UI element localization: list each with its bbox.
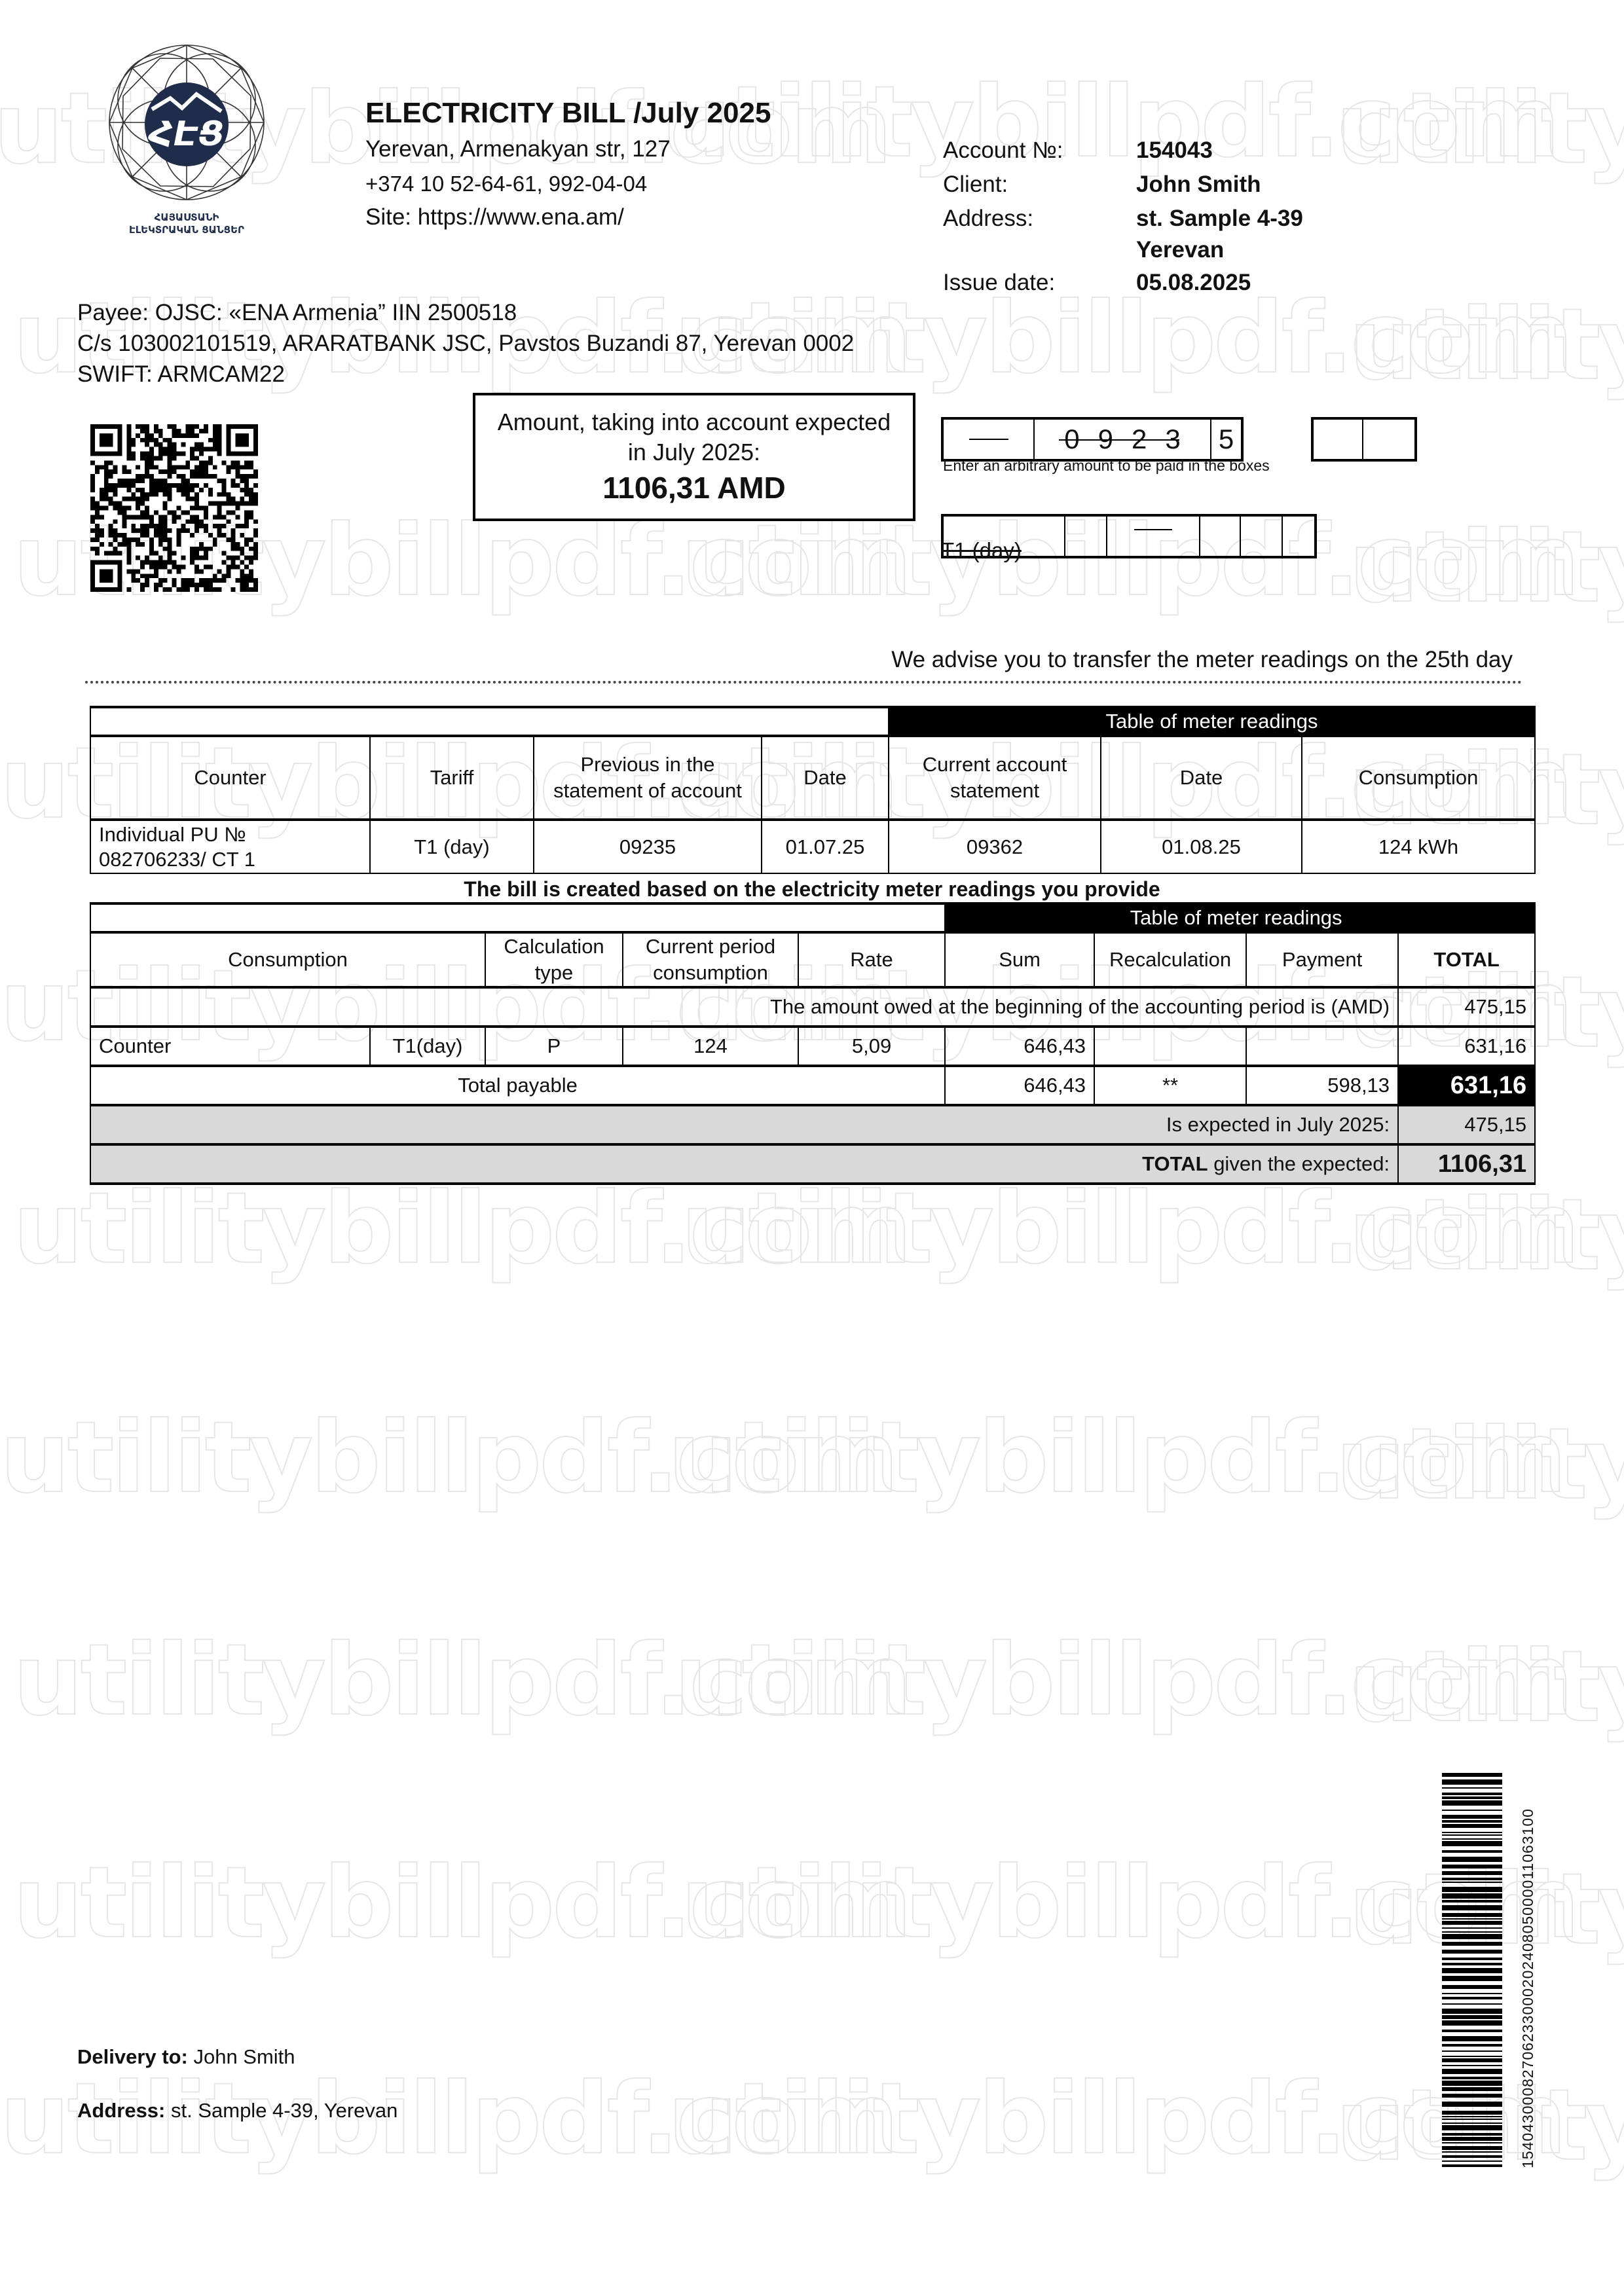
client-label: Client: (943, 172, 1008, 198)
swift-line: SWIFT: ARMCAM22 (77, 361, 285, 388)
address-value-line2: Yerevan (1136, 237, 1224, 263)
delivery-address-value: st. Sample 4-39, Yerevan (165, 2099, 397, 2122)
cell-tariff: T1 (day) (370, 820, 534, 873)
amount-due-box: Amount, taking into account expected in … (473, 393, 915, 521)
cell-recalculation (1094, 1027, 1246, 1066)
opening-balance-label: The amount owed at the beginning of the … (90, 987, 1398, 1027)
digit-cell[interactable] (1107, 517, 1200, 556)
col-header-date: Date (1101, 736, 1302, 820)
advise-note: We advise you to transfer the meter read… (891, 647, 1513, 673)
col-header-consumption: Consumption (1302, 736, 1535, 820)
grand-total-value: 1106,31 (1398, 1144, 1535, 1184)
total-payable-recalculation: ** (1094, 1066, 1246, 1105)
cell-tariff: T1(day) (370, 1027, 485, 1066)
amount-due-value: 1106,31 AMD (475, 470, 913, 505)
cell-counter: Individual PU № 082706233/ CT 1 (90, 820, 370, 873)
col-header-rate: Rate (798, 932, 945, 987)
client-value: John Smith (1136, 172, 1261, 198)
cell-consumption: 124 (623, 1027, 798, 1066)
table-banner: Table of meter readings (945, 903, 1535, 932)
payment-digit-boxes[interactable]: 0923 5 (941, 417, 1244, 462)
delivery-to: Delivery to: John Smith (77, 2045, 295, 2069)
account-number-value: 154043 (1136, 137, 1213, 164)
decimal-digit-boxes[interactable] (1311, 417, 1417, 462)
cell-rate: 5,09 (798, 1027, 945, 1066)
company-address: Yerevan, Armenakyan str, 127 (365, 136, 671, 162)
digit-cell[interactable]: 0923 (1035, 420, 1211, 459)
digit-cell[interactable] (1241, 517, 1283, 556)
col-header-current: Current account statement (889, 736, 1101, 820)
counter-id-line1: Individual PU № (99, 822, 361, 847)
digit-cell[interactable] (1065, 517, 1107, 556)
enter-amount-note: Enter an arbitrary amount to be paid in … (943, 457, 1270, 475)
digit-cell[interactable]: 5 (1211, 420, 1241, 459)
cell-payment (1246, 1027, 1398, 1066)
total-payable-sum: 646,43 (945, 1066, 1094, 1105)
qr-code-icon (90, 424, 258, 592)
total-payable-label: Total payable (90, 1066, 945, 1105)
grand-total-row: TOTAL given the expected: 1106,31 (90, 1144, 1535, 1184)
expected-row: Is expected in July 2025: 475,15 (90, 1105, 1535, 1144)
delivery-address-label: Address: (77, 2099, 165, 2122)
grand-total-label-rest: given the expected: (1208, 1152, 1390, 1175)
digit-cell[interactable] (1200, 517, 1241, 556)
bill-page: ՀԷՑ ՀԱՅԱՍՏԱՆԻ ԷԼԵԿՏՐԱԿԱՆ ՑԱՆՑԵՐ ELECTRIC… (0, 0, 1624, 2296)
total-payable-total: 631,16 (1398, 1066, 1535, 1105)
cell-total: 631,16 (1398, 1027, 1535, 1066)
table-row: Individual PU № 082706233/ CT 1 T1 (day)… (90, 820, 1535, 873)
address-value-line1: st. Sample 4-39 (1136, 206, 1303, 232)
amount-due-label-line1: Amount, taking into account expected (475, 407, 913, 437)
expected-label: Is expected in July 2025: (90, 1105, 1398, 1144)
dash-mark (969, 439, 1008, 440)
digit-cell[interactable] (1363, 420, 1414, 459)
account-number-label: Account №: (943, 137, 1063, 164)
ena-armenia-logo-icon: ՀԷՑ ՀԱՅԱՍՏԱՆԻ ԷԼԵԿՏՐԱԿԱՆ ՑԱՆՑԵՐ (105, 41, 275, 250)
svg-text:ԷԼԵԿՏՐԱԿԱՆ ՑԱՆՑԵՐ: ԷԼԵԿՏՐԱԿԱՆ ՑԱՆՑԵՐ (129, 224, 244, 236)
grand-total-label-bold: TOTAL (1142, 1152, 1208, 1175)
bank-account-line: C/s 103002101519, ARARATBANK JSC, Pavsto… (77, 331, 854, 357)
col-header-total: TOTAL (1398, 932, 1535, 987)
digit-cell[interactable] (1314, 420, 1363, 459)
struck-digits: 0923 (1046, 424, 1198, 455)
col-header-date: Date (762, 736, 889, 820)
delivery-to-label: Delivery to: (77, 2045, 188, 2068)
total-payable-row: Total payable 646,43 ** 598,13 631,16 (90, 1066, 1535, 1105)
col-header-period-consumption: Current period consumption (623, 932, 798, 987)
cell-counter: Counter (90, 1027, 370, 1066)
table-banner: Table of meter readings (889, 707, 1535, 736)
col-header-counter: Counter (90, 736, 370, 820)
col-header-calc-type: Calculation type (485, 932, 623, 987)
delivery-to-value: John Smith (188, 2045, 295, 2068)
cut-line-divider (85, 681, 1522, 683)
cell-calc-type: P (485, 1027, 623, 1066)
company-phone: +374 10 52-64-61, 992-04-04 (365, 172, 647, 196)
col-header-tariff: Tariff (370, 736, 534, 820)
payee-line: Payee: OJSC: «ENA Armenia” IIN 2500518 (77, 300, 517, 326)
banner-spacer (90, 707, 889, 736)
charges-table: Table of meter readings Consumption Calc… (90, 902, 1536, 1185)
digit-cell[interactable] (944, 420, 1035, 459)
table-row: Counter T1(day) P 124 5,09 646,43 631,16 (90, 1027, 1535, 1066)
meter-readings-table: Table of meter readings Counter Tariff P… (90, 706, 1536, 874)
issue-date-label: Issue date: (943, 270, 1055, 296)
digit-cell[interactable] (1283, 517, 1314, 556)
svg-text:ՀԱՅԱՍՏԱՆԻ: ՀԱՅԱՍՏԱՆԻ (155, 211, 219, 223)
opening-balance-row: The amount owed at the beginning of the … (90, 987, 1535, 1027)
cell-current: 09362 (889, 820, 1101, 873)
expected-value: 475,15 (1398, 1105, 1535, 1144)
issue-date-value: 05.08.2025 (1136, 270, 1251, 296)
total-payable-payment: 598,13 (1246, 1066, 1398, 1105)
barcode-number: 1540430008270623300020240805000011063100 (1519, 1808, 1537, 2168)
cell-consumption: 124 kWh (1302, 820, 1535, 873)
address-label: Address: (943, 206, 1033, 232)
amount-due-label-line2: in July 2025: (475, 437, 913, 467)
tariff-t1-label: T1 (day) (941, 538, 1022, 563)
svg-text:ՀԷՑ: ՀԷՑ (147, 115, 225, 154)
col-header-payment: Payment (1246, 932, 1398, 987)
grand-total-label: TOTAL given the expected: (90, 1144, 1398, 1184)
col-header-previous: Previous in the statement of account (534, 736, 762, 820)
company-site-link[interactable]: Site: https://www.ena.am/ (365, 204, 624, 230)
col-header-sum: Sum (945, 932, 1094, 987)
counter-id-line2: 082706233/ CT 1 (99, 847, 361, 872)
opening-balance-value: 475,15 (1398, 987, 1535, 1027)
cell-sum: 646,43 (945, 1027, 1094, 1066)
last-digit: 5 (1219, 424, 1234, 455)
cell-curr-date: 01.08.25 (1101, 820, 1302, 873)
barcode-icon (1442, 1773, 1502, 2170)
cell-prev-date: 01.07.25 (762, 820, 889, 873)
cell-previous: 09235 (534, 820, 762, 873)
bill-caption: The bill is created based on the electri… (90, 877, 1534, 902)
col-header-consumption: Consumption (90, 932, 485, 987)
delivery-address: Address: st. Sample 4-39, Yerevan (77, 2099, 397, 2123)
banner-spacer (90, 903, 945, 932)
dash-mark (1134, 529, 1172, 530)
col-header-recalculation: Recalculation (1094, 932, 1246, 987)
bill-title: ELECTRICITY BILL /July 2025 (365, 97, 771, 130)
